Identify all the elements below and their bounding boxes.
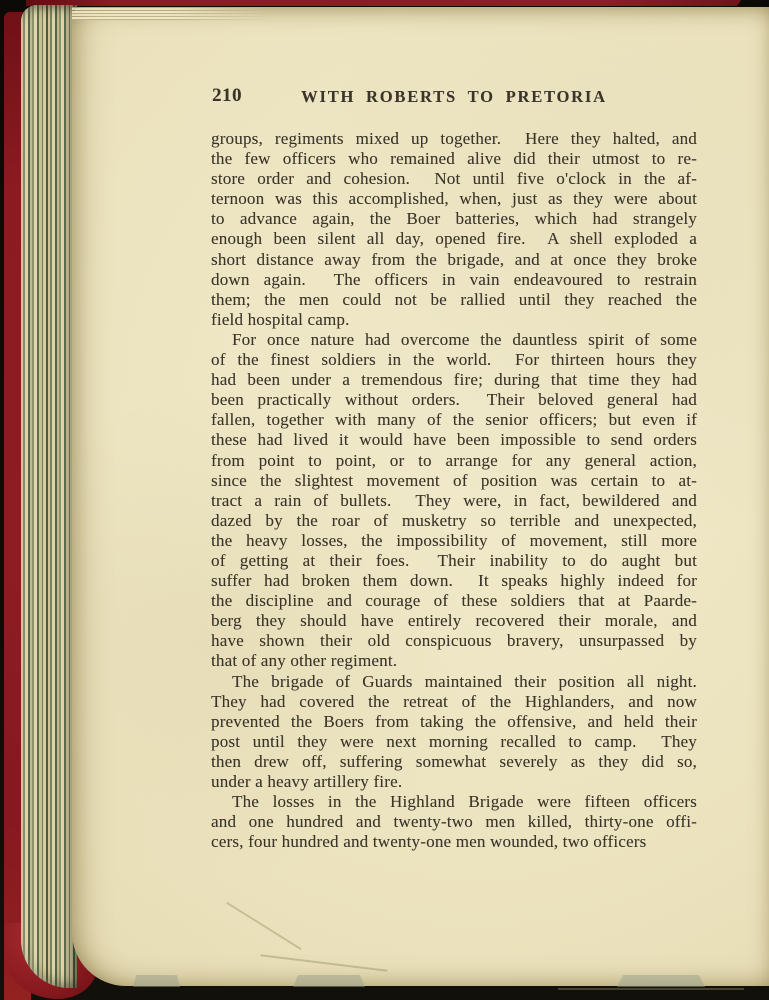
text-line: have shown their old conspicuous bravery… [211,631,697,651]
book-cover-top-edge [26,0,745,6]
page-content: 210 WITH ROBERTS TO PRETORIA groups, reg… [211,85,697,852]
text-line: post until they were next morning recall… [211,732,697,752]
paragraph: groups, regiments mixed up together. Her… [211,129,697,330]
text-line: dazed by the roar of musketry so terribl… [211,511,697,531]
text-line: of getting at their foes. Their inabilit… [211,551,697,571]
text-line: down again. The officers in vain endeavo… [211,270,697,290]
body-text: groups, regiments mixed up together. Her… [211,129,697,852]
text-line: that of any other regiment. [211,651,697,671]
text-line: short distance away from the brigade, an… [211,250,697,270]
paragraph: The brigade of Guards maintained their p… [211,672,697,793]
page-edge-reflection [293,975,365,987]
text-line: under a heavy artillery fire. [211,772,697,792]
text-line: the heavy losses, the impossibility of m… [211,531,697,551]
scanned-book-photo: 210 WITH ROBERTS TO PRETORIA groups, reg… [0,0,769,1000]
text-line: The losses in the Highland Brigade were … [211,792,697,812]
text-line: the few officers who remained alive did … [211,149,697,169]
text-line: them; the men could not be rallied until… [211,290,697,310]
text-line: fallen, together with many of the senior… [211,410,697,430]
text-line: suffer had broken them down. It speaks h… [211,571,697,591]
text-line: tract a rain of bullets. They were, in f… [211,491,697,511]
paragraph: For once nature had overcome the dauntle… [211,330,697,672]
page-edge-reflection [133,975,180,987]
text-line: berg they should have entirely recovered… [211,611,697,631]
page-crease [226,902,302,950]
running-title: WITH ROBERTS TO PRETORIA [301,87,607,107]
page-edge-highlight [558,988,744,990]
book-page: 210 WITH ROBERTS TO PRETORIA groups, reg… [72,7,769,986]
page-edge-reflection [617,975,705,987]
text-line: groups, regiments mixed up together. Her… [211,129,697,149]
text-line: store order and cohesion. Not until five… [211,169,697,189]
text-line: of the finest soldiers in the world. For… [211,350,697,370]
text-line: The brigade of Guards maintained their p… [211,672,697,692]
text-line: prevented the Boers from taking the offe… [211,712,697,732]
text-line: since the slightest movement of position… [211,471,697,491]
text-line: ternoon was this accomplished, when, jus… [211,189,697,209]
page-edge-stack [21,5,77,988]
text-line: and one hundred and twenty-two men kille… [211,812,697,832]
text-line: the discipline and courage of these sold… [211,591,697,611]
page-top-edge-lines [72,7,267,20]
text-line: then drew off, suffering somewhat severe… [211,752,697,772]
text-line: to advance again, the Boer batteries, wh… [211,209,697,229]
text-line: enough been silent all day, opened fire.… [211,229,697,249]
text-line: had been under a tremendous fire; during… [211,370,697,390]
paragraph: The losses in the Highland Brigade were … [211,792,697,852]
page-crease [260,954,387,972]
text-line: cers, four hundred and twenty-one men wo… [211,832,697,852]
text-line: For once nature had overcome the dauntle… [211,330,697,350]
text-line: They had covered the retreat of the High… [211,692,697,712]
page-number: 210 [212,85,242,107]
page-header: 210 WITH ROBERTS TO PRETORIA [211,85,697,105]
text-line: field hospital camp. [211,310,697,330]
text-line: from point to point, or to arrange for a… [211,451,697,471]
text-line: been practically without orders. Their b… [211,390,697,410]
text-line: these had lived it would have been impos… [211,430,697,450]
